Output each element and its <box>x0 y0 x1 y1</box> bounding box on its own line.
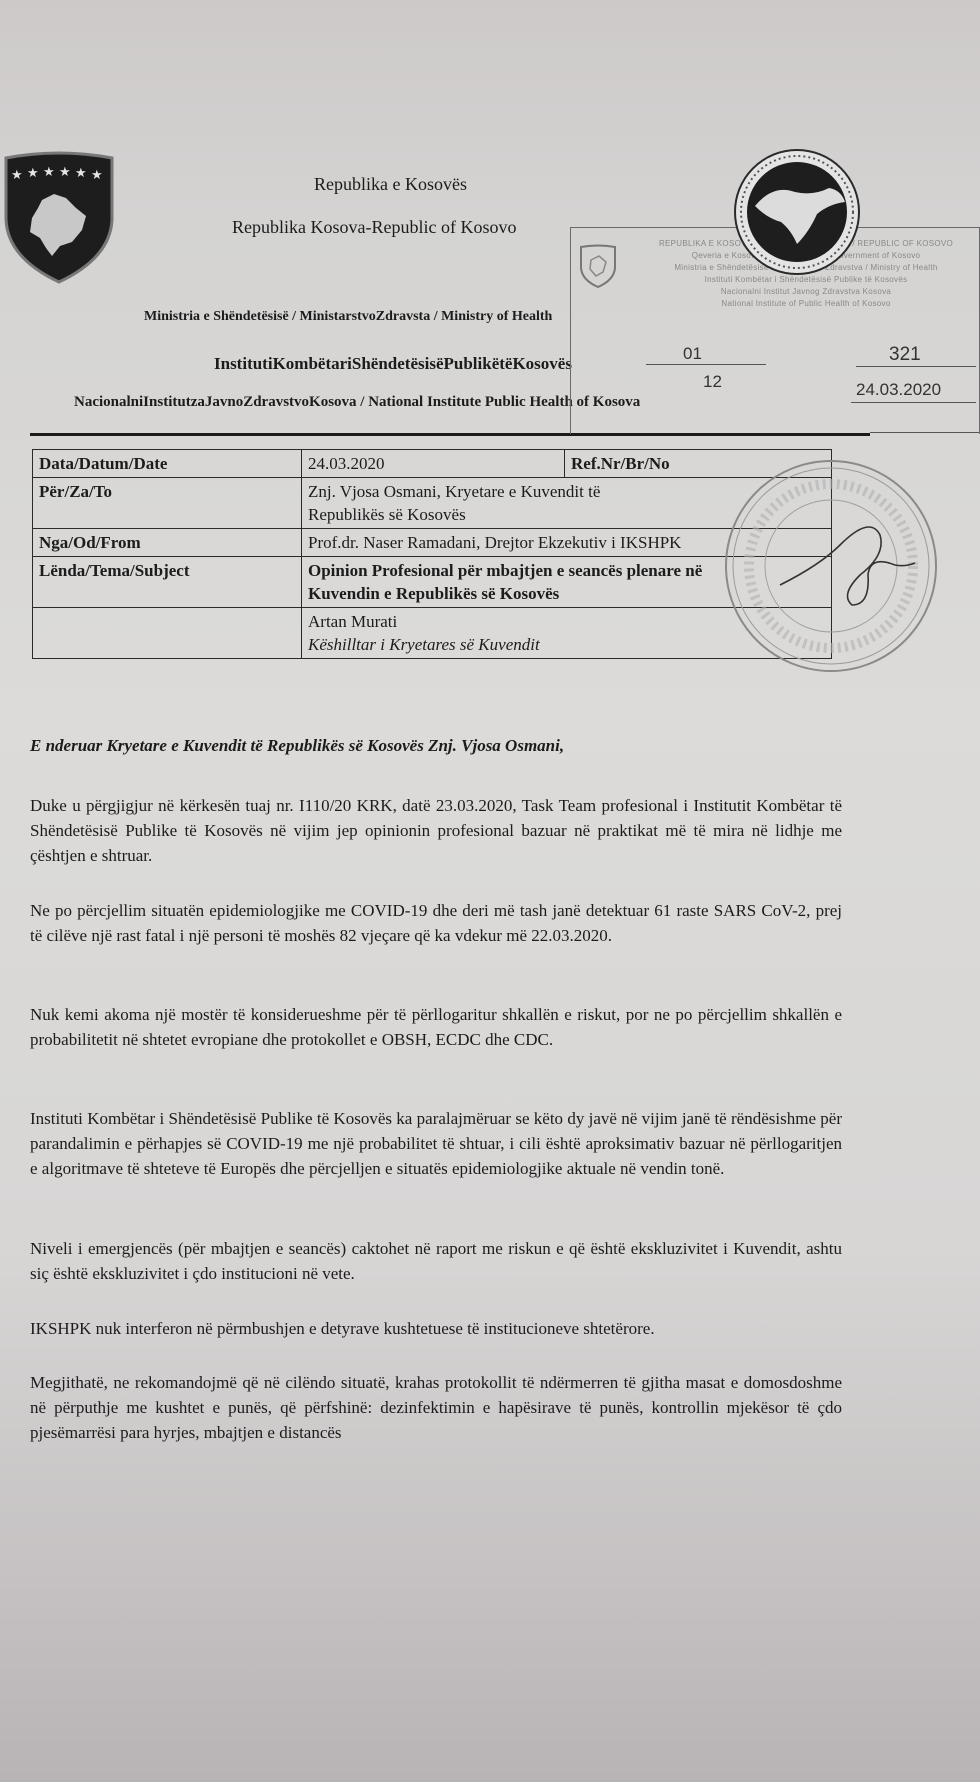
svg-text:★: ★ <box>59 165 71 180</box>
stamp-org-code: 01 <box>683 344 702 364</box>
paragraph-2: Ne po përcjellim situatën epidemiologjik… <box>30 898 842 948</box>
table-row: Nga/Od/From Prof.dr. Naser Ramadani, Dre… <box>33 529 832 557</box>
paragraph-4: Instituti Kombëtar i Shëndetësisë Publik… <box>30 1106 842 1181</box>
svg-text:★: ★ <box>91 168 103 183</box>
from-label: Nga/Od/From <box>33 529 302 557</box>
memo-header-table: Data/Datum/Date 24.03.2020 Ref.Nr/Br/No … <box>32 449 832 659</box>
ministry-round-seal-icon <box>733 148 861 276</box>
institute-round-seal-icon <box>720 455 942 677</box>
header-republic-trilingual: Republika Kosova-Republic of Kosovo <box>232 217 516 238</box>
date-value: 24.03.2020 <box>302 450 565 478</box>
stamp-doc-number: 321 <box>889 344 921 366</box>
table-row: Artan Murati Këshilltar i Kryetares së K… <box>33 608 832 659</box>
paragraph-7: Megjithatë, ne rekomandojmë që në cilënd… <box>30 1370 842 1445</box>
header-ministry: Ministria e Shëndetësisë / MinistarstvoZ… <box>144 309 552 325</box>
stamp-underline <box>851 402 976 403</box>
paragraph-5: Niveli i emergjencës (për mbajtjen e sea… <box>30 1236 842 1286</box>
to-label: Për/Za/To <box>33 478 302 529</box>
header-institute-albanian: InstitutiKombëtariShëndetësisëPublikëtëK… <box>214 354 572 374</box>
stamp-page-code: 12 <box>703 372 722 392</box>
stamp-underline <box>646 364 766 365</box>
stamp-underline <box>856 366 976 367</box>
paragraph-3: Nuk kemi akoma një mostër të konsiderues… <box>30 1002 842 1052</box>
stamp-date: 24.03.2020 <box>856 380 941 400</box>
kosovo-coat-of-arms-icon: ★★★★★★ <box>2 150 116 286</box>
stamp-shield-icon <box>579 244 617 288</box>
svg-text:★: ★ <box>75 166 87 181</box>
table-row: Data/Datum/Date 24.03.2020 Ref.Nr/Br/No <box>33 450 832 478</box>
date-label: Data/Datum/Date <box>33 450 302 478</box>
table-row: Për/Za/To Znj. Vjosa Osmani, Kryetare e … <box>33 478 832 529</box>
salutation: E nderuar Kryetare e Kuvendit të Republi… <box>30 733 842 758</box>
svg-text:★: ★ <box>27 166 39 181</box>
header-republic-albanian: Republika e Kosovës <box>314 174 467 195</box>
cc-label-empty <box>33 608 302 659</box>
table-row: Lënda/Tema/Subject Opinion Profesional p… <box>33 557 832 608</box>
stamp-line: National Institute of Public Health of K… <box>641 298 971 310</box>
stamp-line: Nacionalni Institut Javnog Zdravstva Kos… <box>641 286 971 298</box>
signature-icon <box>780 527 915 605</box>
header-institute-serbian-english: NacionalniInstitutzaJavnoZdravstvoKosova… <box>74 394 640 411</box>
paragraph-1: Duke u përgjigjur në kërkesën tuaj nr. I… <box>30 793 842 868</box>
svg-text:★: ★ <box>43 165 55 180</box>
subject-label: Lënda/Tema/Subject <box>33 557 302 608</box>
svg-text:★: ★ <box>11 168 23 183</box>
paragraph-6: IKSHPK nuk interferon në përmbushjen e d… <box>30 1316 842 1341</box>
